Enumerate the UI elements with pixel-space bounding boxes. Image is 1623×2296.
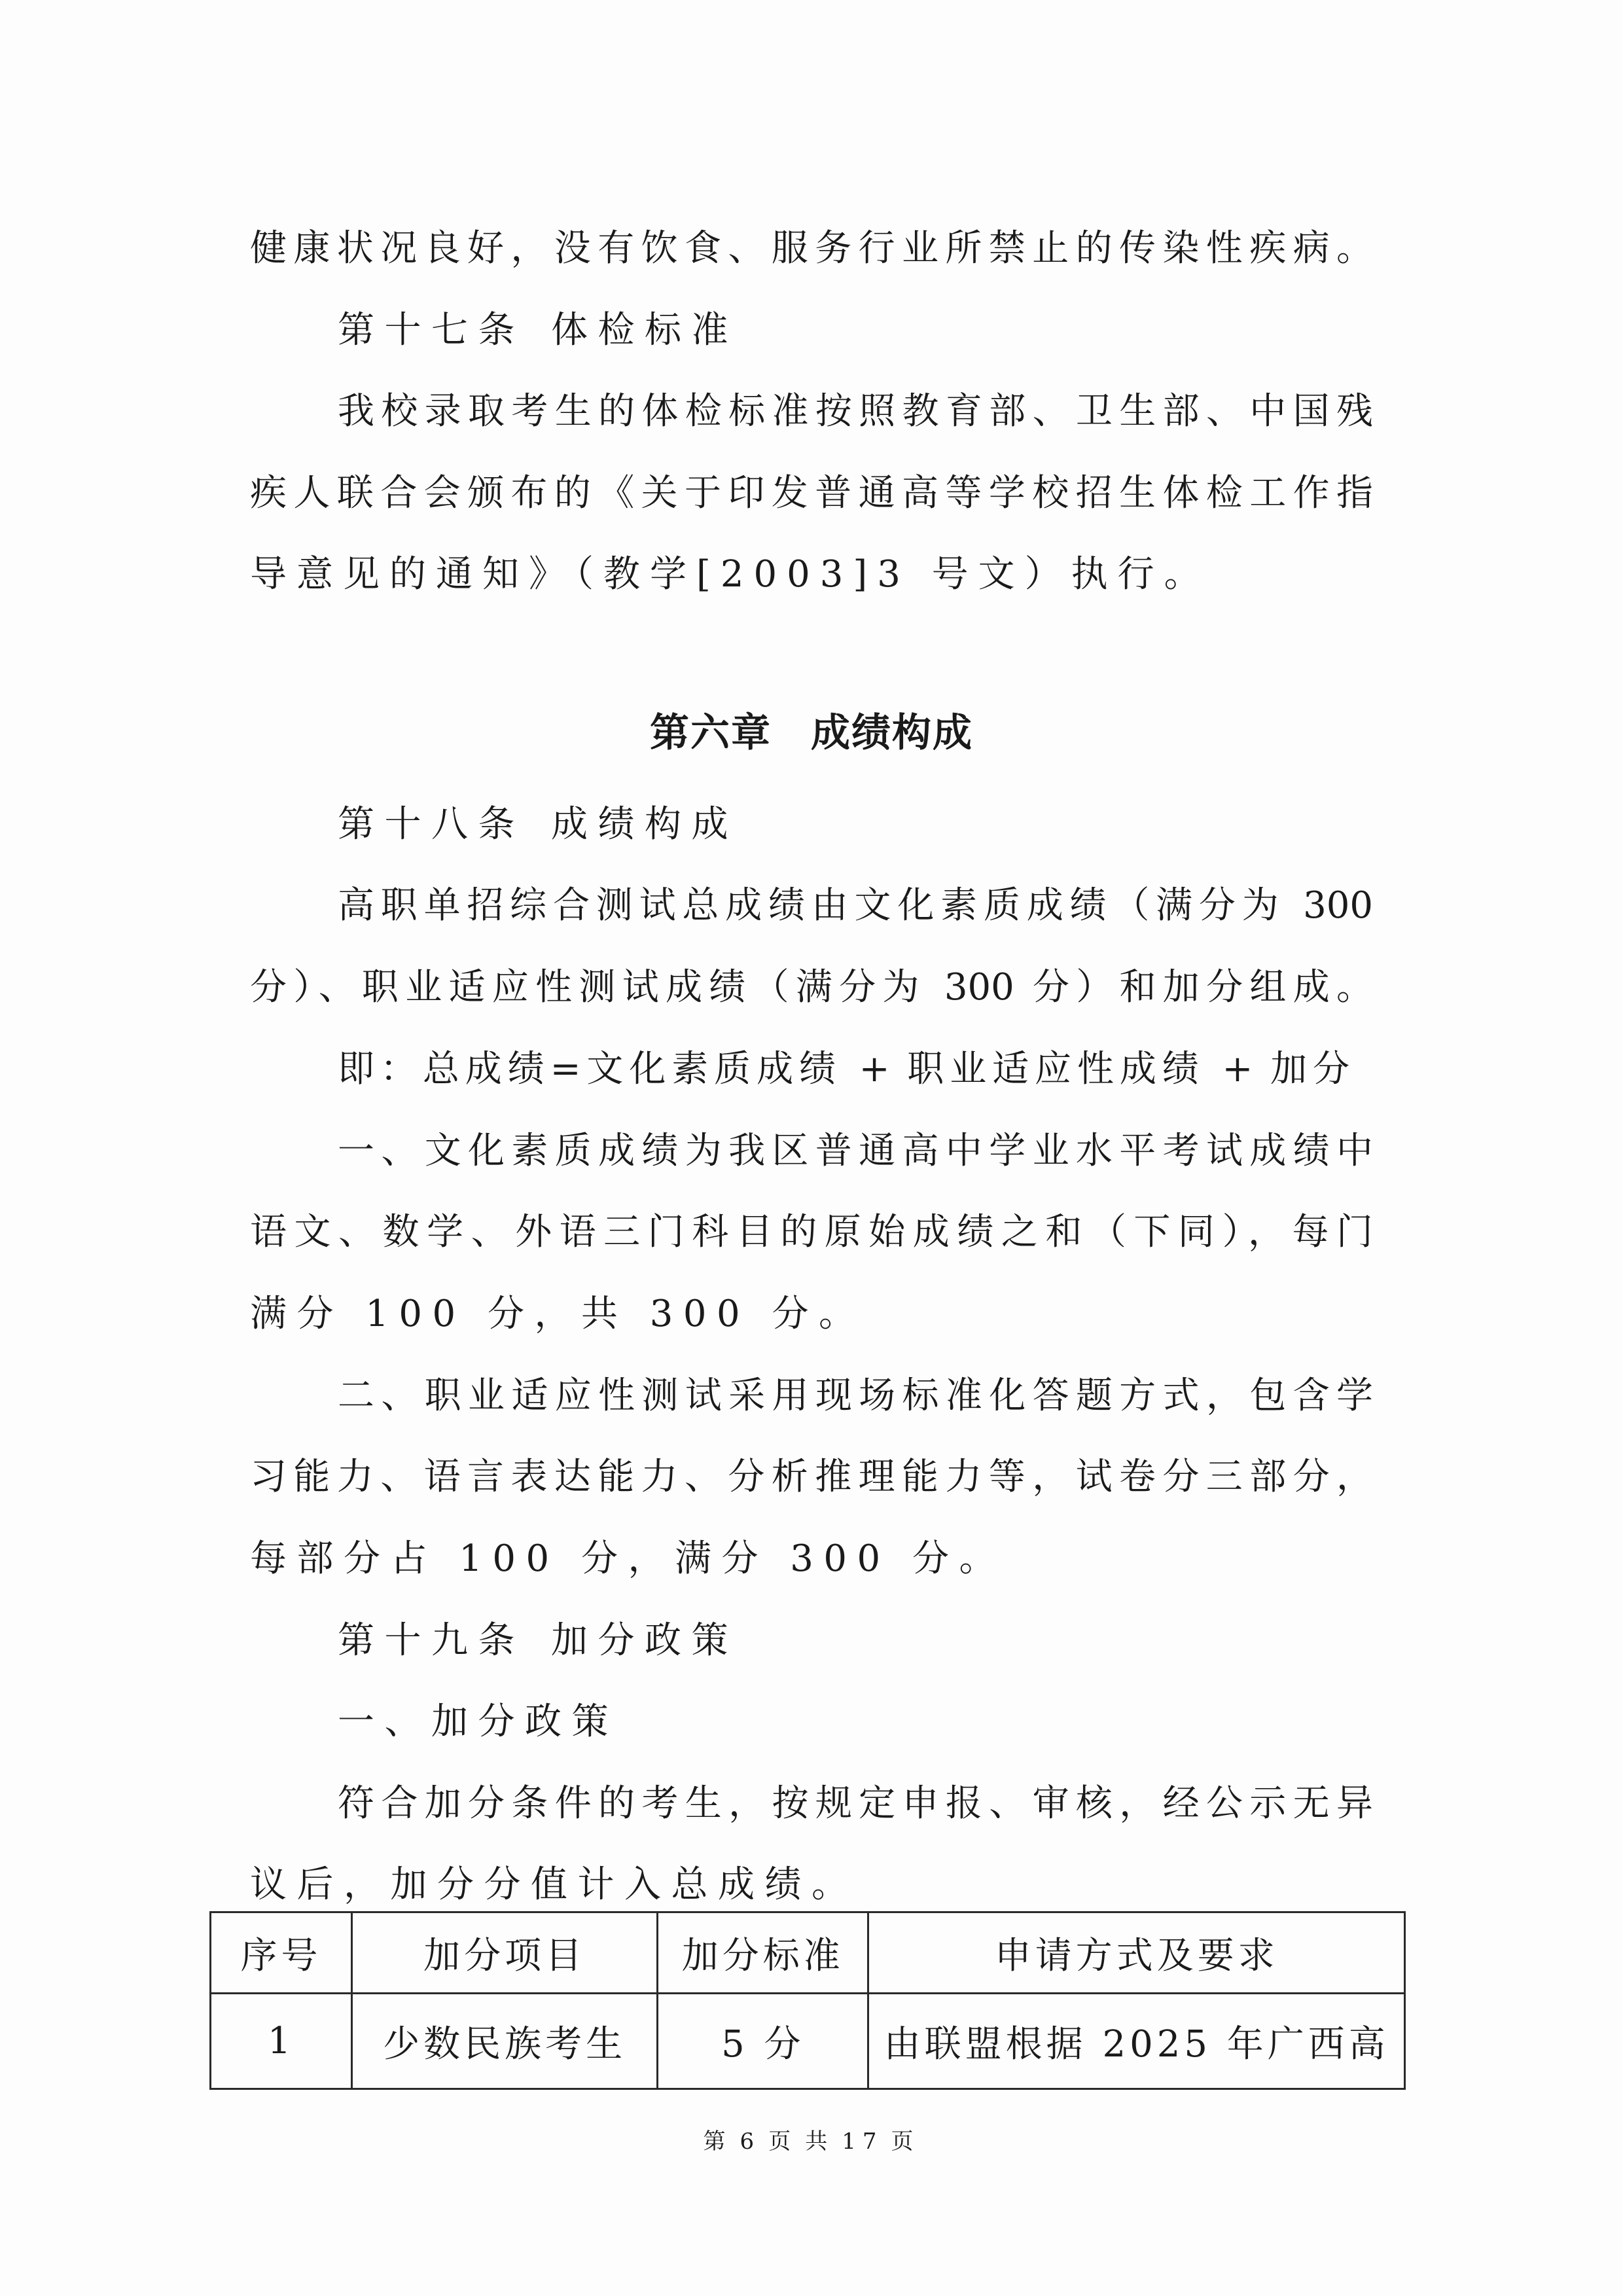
footer-page-word: 页 — [768, 2128, 797, 2155]
paragraph-line: 符合加分条件的考生，按规定申报、审核，经公示无异 — [338, 1763, 1373, 1844]
footer-page-word-2: 页 — [891, 2128, 919, 2155]
chapter-number: 第六章 — [650, 710, 772, 756]
cell-item: 少数民族考生 — [352, 1994, 658, 2089]
cell-serial: 1 — [211, 1994, 352, 2089]
footer-prefix: 第 — [704, 2128, 732, 2155]
header-item: 加分项目 — [352, 1912, 658, 1994]
article-number: 第十九条 — [338, 1619, 525, 1662]
total-pages-number: 17 — [842, 2128, 883, 2155]
article-title: 加分政策 — [551, 1619, 738, 1662]
cell-application: 由联盟根据 2025 年广西高 — [868, 1994, 1405, 2089]
article-number: 第十八条 — [338, 803, 525, 846]
header-serial: 序号 — [211, 1912, 352, 1994]
header-application: 申请方式及要求 — [868, 1912, 1405, 1994]
chapter-heading: 第六章成绩构成 — [0, 710, 1623, 756]
article-title: 成绩构成 — [551, 803, 738, 846]
paragraph-line: 二、职业适应性测试采用现场标准化答题方式，包含学 — [338, 1355, 1373, 1437]
paragraph-line: 习能力、语言表达能力、分析推理能力等，试卷分三部分， — [250, 1437, 1373, 1518]
article-19-heading: 第十九条加分政策 — [338, 1600, 738, 1681]
table-row: 1 少数民族考生 5 分 由联盟根据 2025 年广西高 — [211, 1994, 1405, 2089]
document-page: 健康状况良好，没有饮食、服务行业所禁止的传染性疾病。 第十七条体检标准 我校录取… — [0, 0, 1623, 2296]
cell-standard: 5 分 — [658, 1994, 868, 2089]
article-18-heading: 第十八条成绩构成 — [338, 784, 738, 865]
bonus-points-table: 序号 加分项目 加分标准 申请方式及要求 1 少数民族考生 5 分 由联盟根据 … — [209, 1911, 1406, 2090]
paragraph-line: 分）、职业适应性测试成绩（满分为 300 分）和加分组成。 — [250, 947, 1373, 1028]
header-standard: 加分标准 — [658, 1912, 868, 1994]
chapter-title: 成绩构成 — [811, 710, 973, 756]
article-17-heading: 第十七条体检标准 — [338, 290, 738, 371]
paragraph-line: 语文、数学、外语三门科目的原始成绩之和（下同），每门 — [250, 1192, 1373, 1273]
formula-line: 即：总成绩=文化素质成绩 + 职业适应性成绩 + 加分 — [338, 1029, 1349, 1110]
paragraph-line: 导意见的通知》（教学[2003]3 号文）执行。 — [250, 534, 1373, 615]
paragraph-line: 每部分占 100 分，满分 300 分。 — [250, 1518, 1373, 1600]
page-footer: 第6页共17页 — [0, 2127, 1623, 2156]
current-page-number: 6 — [740, 2128, 761, 2155]
paragraph-line: 一、文化素质成绩为我区普通高中学业水平考试成绩中 — [338, 1111, 1373, 1192]
paragraph-line: 满分 100 分，共 300 分。 — [250, 1274, 1373, 1355]
paragraph-line: 高职单招综合测试总成绩由文化素质成绩（满分为 300 — [338, 865, 1373, 946]
paragraph-line: 我校录取考生的体检标准按照教育部、卫生部、中国残 — [338, 371, 1373, 452]
article-number: 第十七条 — [338, 309, 525, 351]
paragraph-line: 健康状况良好，没有饮食、服务行业所禁止的传染性疾病。 — [250, 208, 1373, 289]
subsection-heading: 一、加分政策 — [338, 1681, 618, 1763]
paragraph-line: 疾人联合会颁布的《关于印发普通高等学校招生体检工作指 — [250, 453, 1373, 534]
footer-total-prefix: 共 — [805, 2128, 834, 2155]
article-title: 体检标准 — [551, 309, 738, 351]
table-header-row: 序号 加分项目 加分标准 申请方式及要求 — [211, 1912, 1405, 1994]
